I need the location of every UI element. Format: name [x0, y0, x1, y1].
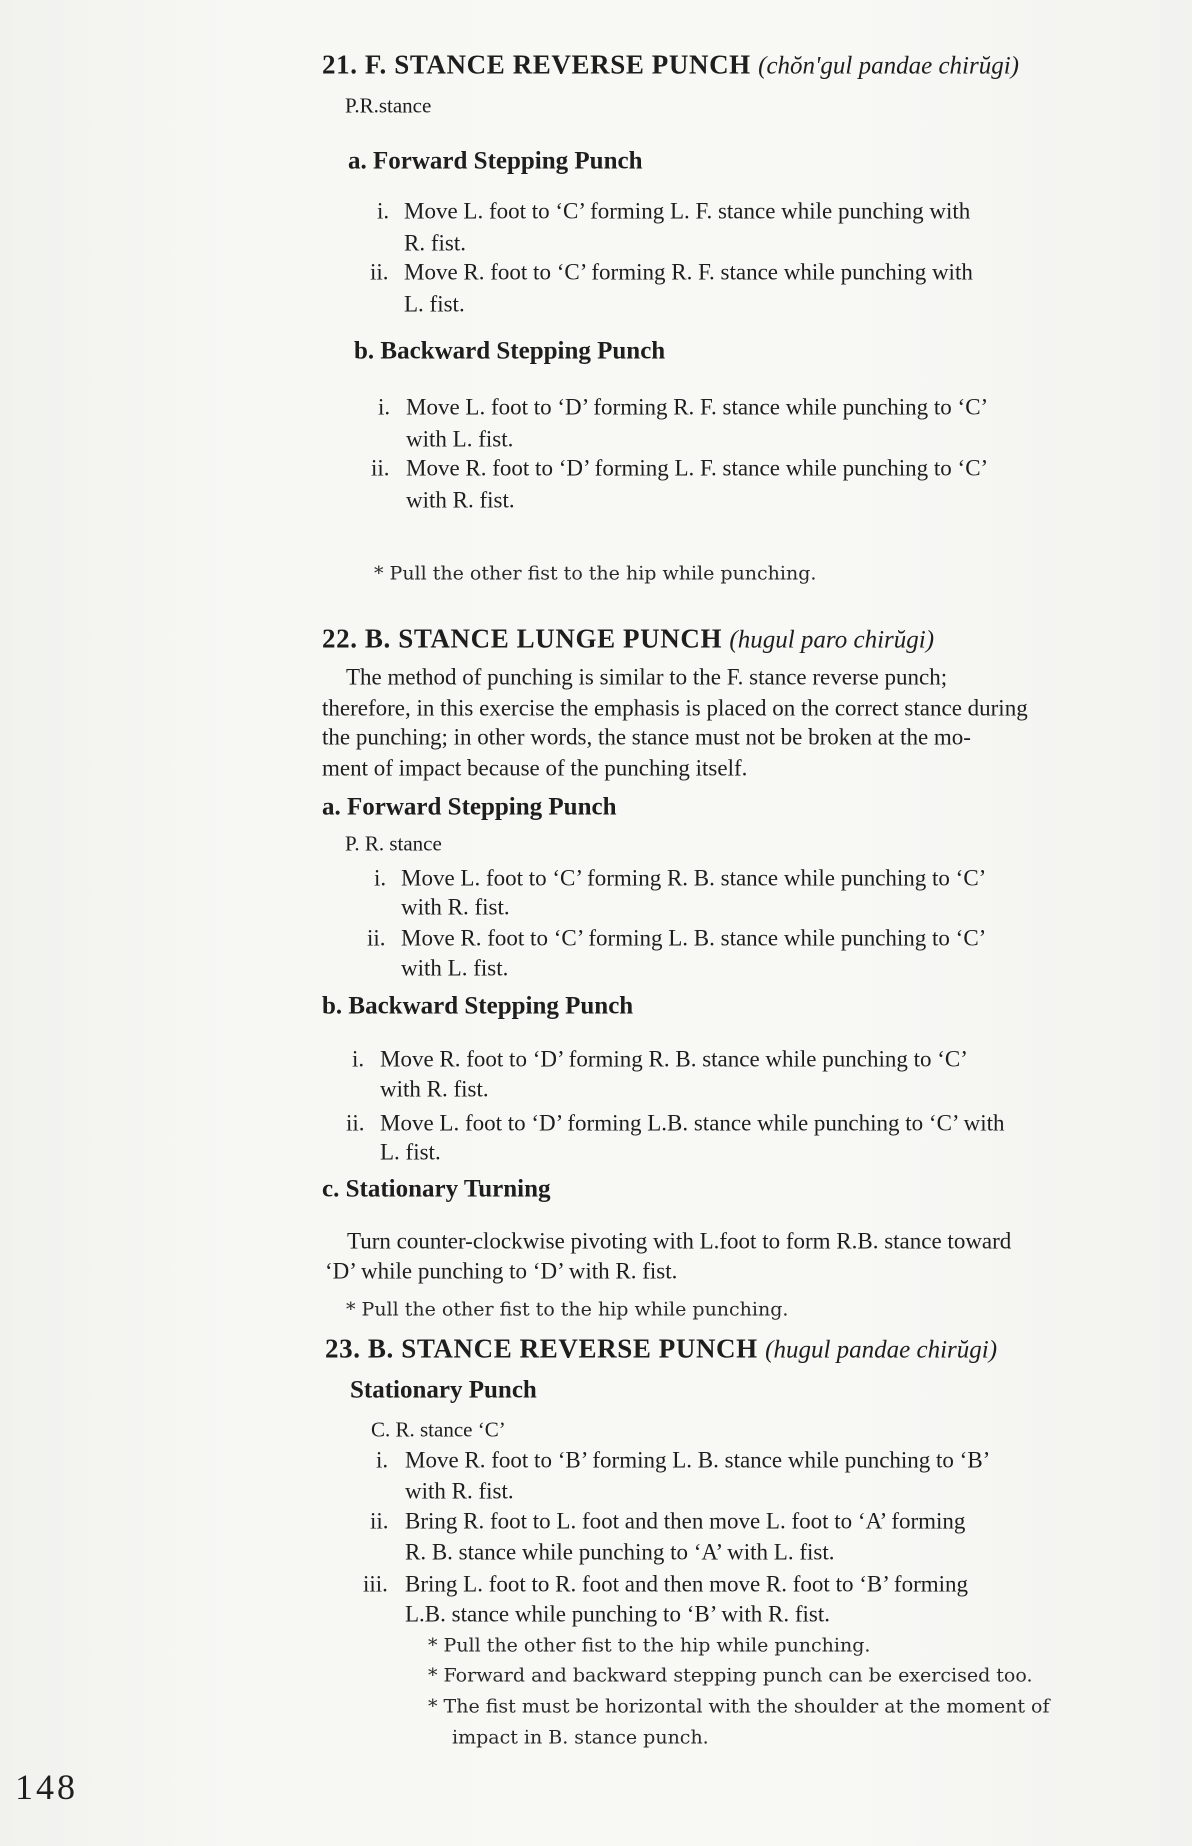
- footnote: * Pull the other fist to the hip while p…: [374, 565, 816, 584]
- subsection-title: Stationary Punch: [350, 1378, 537, 1403]
- footnote: * Pull the other fist to the hip while p…: [428, 1637, 870, 1656]
- subsection-title: c. Stationary Turning: [322, 1177, 551, 1202]
- ready-stance: P.R.stance: [345, 96, 431, 117]
- item-line: Move R. foot to ‘D’ forming L. F. stance…: [406, 457, 988, 480]
- ready-stance: C. R. stance ‘C’: [371, 1420, 506, 1441]
- item-number: ii.: [370, 1510, 389, 1533]
- item-number: ii.: [370, 261, 389, 284]
- item-line: Move R. foot to ‘C’ forming R. F. stance…: [404, 261, 973, 284]
- paragraph-line: Turn counter-clockwise pivoting with L.f…: [347, 1230, 1011, 1253]
- item-line: Move L. foot to ‘D’ forming R. F. stance…: [406, 396, 988, 419]
- item-line: Bring R. foot to L. foot and then move L…: [405, 1510, 965, 1533]
- ready-stance: P. R. stance: [345, 834, 442, 855]
- footnote: * The fist must be horizontal with the s…: [428, 1698, 1050, 1717]
- section-22-korean: (hugul paro chirŭgi): [729, 627, 934, 654]
- item-number: iii.: [363, 1573, 388, 1596]
- subsection-title: b. Backward Stepping Punch: [322, 994, 633, 1019]
- item-line: Move R. foot to ‘B’ forming L. B. stance…: [405, 1449, 990, 1472]
- section-21-korean: (chŏn'gul pandae chirŭgi): [758, 53, 1019, 80]
- item-line: with R. fist.: [405, 1480, 514, 1503]
- item-line: R. fist.: [404, 232, 466, 255]
- paragraph-line: The method of punching is similar to the…: [346, 666, 947, 689]
- item-line: L.B. stance while punching to ‘B’ with R…: [405, 1603, 830, 1626]
- section-22-heading: 22. B. STANCE LUNGE PUNCH (hugul paro ch…: [322, 626, 934, 653]
- paragraph-line: ‘D’ while punching to ‘D’ with R. fist.: [325, 1260, 677, 1283]
- section-23-title: 23. B. STANCE REVERSE PUNCH: [325, 1334, 758, 1364]
- section-22-title: 22. B. STANCE LUNGE PUNCH: [322, 624, 722, 654]
- section-21-heading: 21. F. STANCE REVERSE PUNCH (chŏn'gul pa…: [322, 52, 1019, 79]
- section-23-heading: 23. B. STANCE REVERSE PUNCH (hugul panda…: [325, 1336, 997, 1363]
- item-line: with L. fist.: [401, 957, 508, 980]
- item-line: with R. fist.: [380, 1078, 489, 1101]
- item-number: ii.: [367, 927, 386, 950]
- item-line: Move R. foot to ‘C’ forming L. B. stance…: [401, 927, 986, 950]
- item-line: L. fist.: [404, 293, 465, 316]
- subsection-title: a. Forward Stepping Punch: [322, 795, 616, 820]
- item-number: i.: [376, 1449, 388, 1472]
- item-line: Move L. foot to ‘C’ forming R. B. stance…: [401, 867, 986, 890]
- item-line: L. fist.: [380, 1141, 441, 1164]
- page-number: 148: [15, 1769, 78, 1805]
- section-21-title: 21. F. STANCE REVERSE PUNCH: [322, 50, 751, 80]
- item-number: i.: [378, 396, 390, 419]
- item-number: i.: [352, 1048, 364, 1071]
- subsection-title: b. Backward Stepping Punch: [354, 339, 665, 364]
- item-line: Move R. foot to ‘D’ forming R. B. stance…: [380, 1048, 968, 1071]
- footnote: * Forward and backward stepping punch ca…: [428, 1667, 1033, 1686]
- item-line: R. B. stance while punching to ‘A’ with …: [405, 1541, 835, 1564]
- item-line: Move L. foot to ‘C’ forming L. F. stance…: [404, 200, 1149, 223]
- item-number: ii.: [371, 457, 390, 480]
- paragraph-line: therefore, in this exercise the emphasis…: [322, 697, 1028, 720]
- item-number: ii.: [346, 1112, 365, 1135]
- item-line: Move L. foot to ‘D’ forming L.B. stance …: [380, 1112, 1005, 1135]
- item-line: with L. fist.: [406, 428, 513, 451]
- item-number: i.: [374, 867, 386, 890]
- item-line: Bring L. foot to R. foot and then move R…: [405, 1573, 968, 1596]
- footnote: * Pull the other fist to the hip while p…: [346, 1301, 788, 1320]
- subsection-title: a. Forward Stepping Punch: [348, 149, 642, 174]
- item-line: with R. fist.: [401, 896, 510, 919]
- section-23-korean: (hugul pandae chirŭgi): [765, 1337, 997, 1364]
- paragraph-line: ment of impact because of the punching i…: [322, 757, 747, 780]
- item-number: i.: [377, 200, 389, 223]
- footnote: impact in B. stance punch.: [452, 1729, 709, 1748]
- item-line: with R. fist.: [406, 489, 515, 512]
- paragraph-line: the punching; in other words, the stance…: [322, 726, 971, 749]
